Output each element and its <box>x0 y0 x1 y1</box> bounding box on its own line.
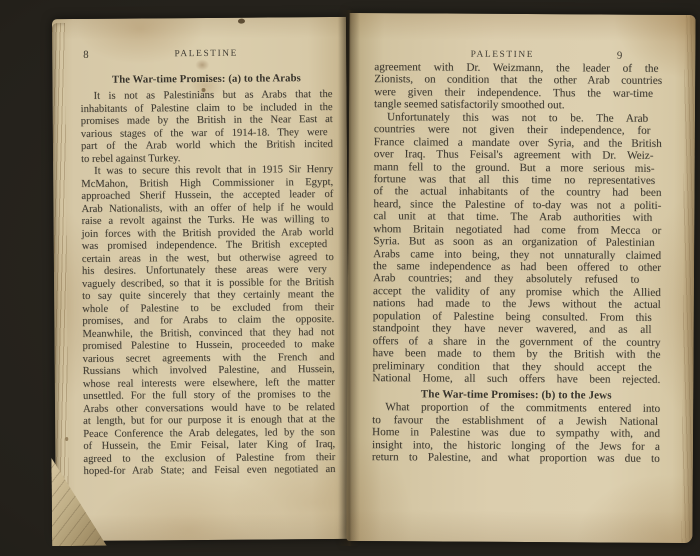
right-page-text: agreement with Dr. Weizmann, the leader … <box>372 61 662 465</box>
text-line: National Home, all such offers have been… <box>372 372 660 386</box>
paragraph: It was to secure this revolt that in 191… <box>81 164 335 478</box>
left-page: 8 PALESTINE The War-time Promises: (a) t… <box>52 17 350 541</box>
paragraph: Unfortunately this was not to be. The Ar… <box>372 111 662 386</box>
book-spread: 8 PALESTINE The War-time Promises: (a) t… <box>0 0 700 556</box>
section-heading: The War-time Promises: (b) to the Jews <box>372 388 660 402</box>
right-page: PALESTINE 9 agreement with Dr. Weizmann,… <box>346 13 695 543</box>
page-number: 9 <box>617 50 622 63</box>
page-header-left: 8 PALESTINE <box>80 47 332 62</box>
text-line: return to Palestine, and what proportion… <box>372 451 660 465</box>
left-page-text: The War-time Promises: (a) to the ArabsI… <box>80 72 335 478</box>
text-line: part of the Arab world which the British… <box>81 139 333 153</box>
running-head: PALESTINE <box>80 47 332 62</box>
paragraph: What proportion of the commitments enter… <box>372 401 660 465</box>
paragraph: It is not as Palestinians but as Arabs t… <box>81 89 334 166</box>
running-head: PALESTINE <box>358 48 646 63</box>
paragraph: agreement with Dr. Weizmann, the leader … <box>374 61 662 113</box>
page-header-right: PALESTINE 9 <box>374 48 662 63</box>
section-heading: The War-time Promises: (a) to the Arabs <box>80 72 332 87</box>
text-line: hoped-for Arab State; and Feisal even ne… <box>83 464 335 478</box>
page-number: 8 <box>83 49 89 62</box>
